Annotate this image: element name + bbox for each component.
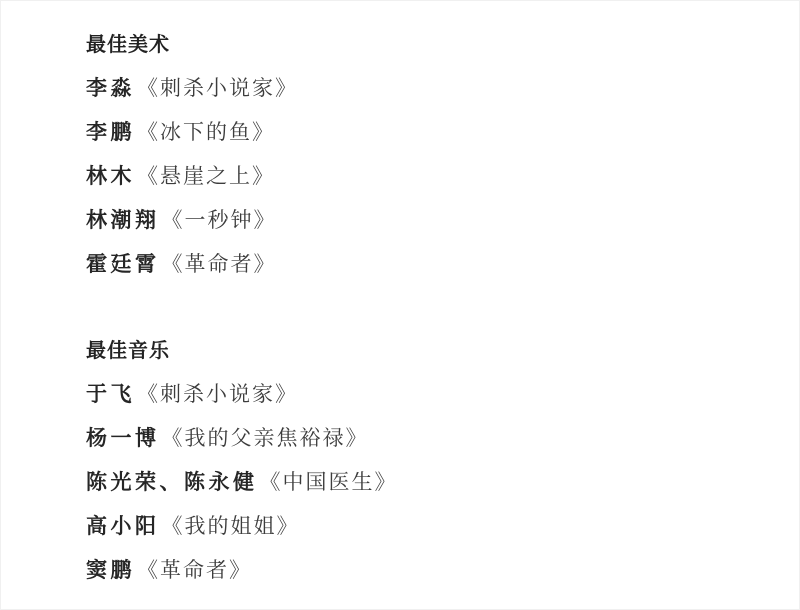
nominee-entry: 于飞《刺杀小说家》: [86, 380, 759, 409]
document-page: 最佳美术 李淼《刺杀小说家》 李鹏《冰下的鱼》 林木《悬崖之上》 林潮翔《一秒钟…: [0, 0, 800, 610]
nominee-name: 林木: [86, 165, 135, 188]
nominee-entry: 李鹏《冰下的鱼》: [86, 118, 759, 147]
nominee-entry: 窦鹏《革命者》: [86, 556, 759, 585]
section-title-best-music: 最佳音乐: [86, 337, 759, 365]
film-title: 《一秒钟》: [162, 208, 277, 232]
award-section-best-music: 最佳音乐 于飞《刺杀小说家》 杨一博《我的父亲焦裕禄》 陈光荣、陈永健《中国医生…: [86, 337, 759, 585]
film-title: 《刺杀小说家》: [137, 76, 298, 100]
nominee-name: 于飞: [86, 383, 135, 406]
nominee-name: 李鹏: [86, 121, 135, 144]
nominee-name: 窦鹏: [86, 559, 135, 582]
nominee-entry: 李淼《刺杀小说家》: [86, 74, 759, 103]
nominee-entry: 林潮翔《一秒钟》: [86, 206, 759, 235]
award-section-best-art: 最佳美术 李淼《刺杀小说家》 李鹏《冰下的鱼》 林木《悬崖之上》 林潮翔《一秒钟…: [86, 31, 759, 279]
nominee-name: 林潮翔: [86, 209, 160, 232]
nominee-name: 李淼: [86, 77, 135, 100]
nominee-entry: 林木《悬崖之上》: [86, 162, 759, 191]
nominee-name: 霍廷霄: [86, 253, 160, 276]
nominee-name: 杨一博: [86, 427, 160, 450]
film-title: 《革命者》: [162, 252, 277, 276]
film-title: 《中国医生》: [260, 470, 398, 494]
nominee-entry: 陈光荣、陈永健《中国医生》: [86, 468, 759, 497]
nominee-entry: 高小阳《我的姐姐》: [86, 512, 759, 541]
nominee-name: 陈光荣、陈永健: [86, 471, 258, 494]
nominee-entry: 霍廷霄《革命者》: [86, 250, 759, 279]
film-title: 《刺杀小说家》: [137, 382, 298, 406]
film-title: 《悬崖之上》: [137, 164, 275, 188]
film-title: 《我的父亲焦裕禄》: [162, 426, 369, 450]
section-title-best-art: 最佳美术: [86, 31, 759, 59]
film-title: 《革命者》: [137, 558, 252, 582]
nominee-name: 高小阳: [86, 515, 160, 538]
film-title: 《冰下的鱼》: [137, 120, 275, 144]
nominee-entry: 杨一博《我的父亲焦裕禄》: [86, 424, 759, 453]
film-title: 《我的姐姐》: [162, 514, 300, 538]
